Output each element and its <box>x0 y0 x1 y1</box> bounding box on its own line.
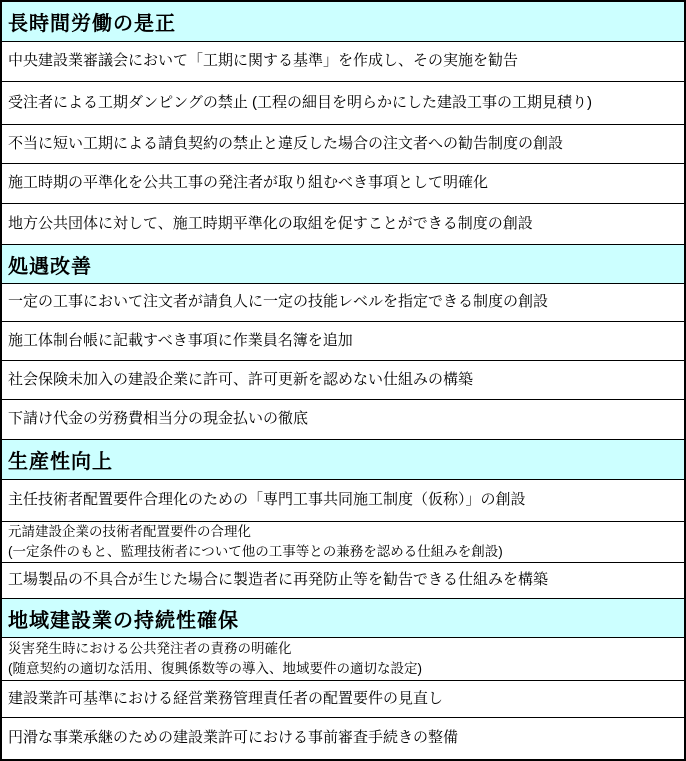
row-text: 社会保険未加入の建設企業に許可、許可更新を認めない仕組みの構築 <box>8 371 676 390</box>
row-text: 元請建設企業の技術者配置要件の合理化 <box>8 522 676 542</box>
table-row: 下請け代金の労務費相当分の現金払いの徹底 <box>2 400 684 440</box>
section-header-long-hours: 長時間労働の是正 <box>2 2 684 42</box>
row-text: 受注者による工期ダンピングの禁止 (工程の細目を明らかにした建設工事の工期見積り… <box>8 94 676 113</box>
row-text: (随意契約の適切な活用、復興係数等の導入、地域要件の適切な設定) <box>8 659 676 679</box>
section-title: 生産性向上 <box>8 445 676 474</box>
row-text: 施工体制台帳に記載すべき事項に作業員名簿を追加 <box>8 332 676 351</box>
row-text: 不当に短い工期による請負契約の禁止と違反した場合の注文者への勧告制度の創設 <box>8 135 676 154</box>
section-title: 処遇改善 <box>8 250 676 279</box>
row-text: 下請け代金の労務費相当分の現金払いの徹底 <box>8 410 676 429</box>
row-text: 災害発生時における公共発注者の責務の明確化 <box>8 639 676 659</box>
table-row: 不当に短い工期による請負契約の禁止と違反した場合の注文者への勧告制度の創設 <box>2 125 684 164</box>
section-title: 地域建設業の持続性確保 <box>8 604 676 633</box>
table-row: 施工体制台帳に記載すべき事項に作業員名簿を追加 <box>2 322 684 361</box>
table-row: 工場製品の不具合が生じた場合に製造者に再発防止等を勧告できる仕組みを構築 <box>2 563 684 599</box>
table-row: 主任技術者配置要件合理化のための「専門工事共同施工制度（仮称）」の創設 <box>2 480 684 522</box>
section-header-productivity: 生産性向上 <box>2 440 684 480</box>
row-text: (一定条件のもと、監理技術者について他の工事等との兼務を認める仕組みを創設) <box>8 542 676 562</box>
table-row: 施工時期の平準化を公共工事の発注者が取り組むべき事項として明確化 <box>2 164 684 204</box>
row-text: 地方公共団体に対して、施工時期平準化の取組を促すことができる制度の創設 <box>8 215 676 234</box>
row-text: 施工時期の平準化を公共工事の発注者が取り組むべき事項として明確化 <box>8 174 676 193</box>
table-row: 受注者による工期ダンピングの禁止 (工程の細目を明らかにした建設工事の工期見積り… <box>2 82 684 125</box>
table-row: 建設業許可基準における経営業務管理責任者の配置要件の見直し <box>2 681 684 718</box>
table-row: 災害発生時における公共発注者の責務の明確化 (随意契約の適切な活用、復興係数等の… <box>2 638 684 681</box>
table-row: 社会保険未加入の建設企業に許可、許可更新を認めない仕組みの構築 <box>2 361 684 400</box>
section-title: 長時間労働の是正 <box>8 7 676 36</box>
policy-summary-table: 長時間労働の是正 中央建設業審議会において「工期に関する基準」を作成し、その実施… <box>0 0 686 761</box>
section-header-regional: 地域建設業の持続性確保 <box>2 599 684 638</box>
row-text: 一定の工事において注文者が請負人に一定の技能レベルを指定できる制度の創設 <box>8 293 676 312</box>
row-text: 主任技術者配置要件合理化のための「専門工事共同施工制度（仮称）」の創設 <box>8 491 676 510</box>
row-text: 工場製品の不具合が生じた場合に製造者に再発防止等を勧告できる仕組みを構築 <box>8 571 676 590</box>
table-row: 元請建設企業の技術者配置要件の合理化 (一定条件のもと、監理技術者について他の工… <box>2 522 684 563</box>
table-row: 地方公共団体に対して、施工時期平準化の取組を促すことができる制度の創設 <box>2 204 684 245</box>
table-row: 一定の工事において注文者が請負人に一定の技能レベルを指定できる制度の創設 <box>2 284 684 322</box>
section-header-treatment: 処遇改善 <box>2 245 684 284</box>
row-text: 建設業許可基準における経営業務管理責任者の配置要件の見直し <box>8 690 676 709</box>
row-text: 中央建設業審議会において「工期に関する基準」を作成し、その実施を勧告 <box>8 52 676 71</box>
row-text: 円滑な事業承継のための建設業許可における事前審査手続きの整備 <box>8 729 676 748</box>
table-row: 円滑な事業承継のための建設業許可における事前審査手続きの整備 <box>2 718 684 759</box>
table-row: 中央建設業審議会において「工期に関する基準」を作成し、その実施を勧告 <box>2 42 684 82</box>
